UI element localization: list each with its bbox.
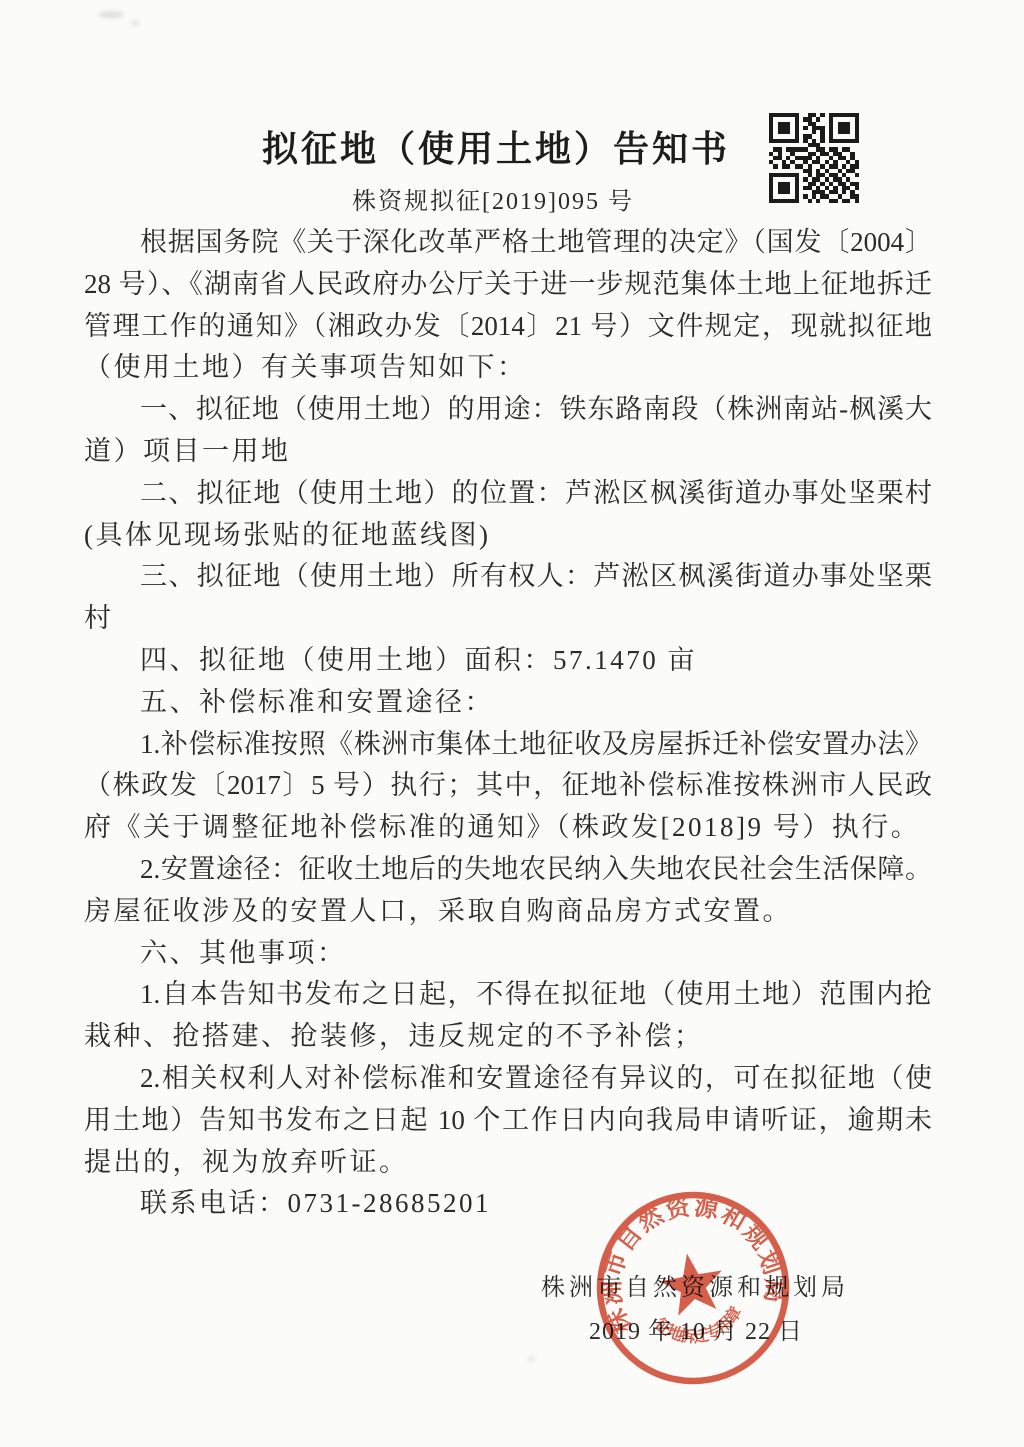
body-line: 六、其他事项： (84, 938, 932, 968)
body-line: 1.自本告知书发布之日起，不得在拟征地（使用土地）范围内抢 (84, 979, 932, 1009)
body-line: 栽种、抢搭建、抢装修，违反规定的不予补偿； (84, 1021, 932, 1051)
body-line: 2.相关权利人对补偿标准和安置途径有异议的，可在拟征地（使 (84, 1063, 932, 1093)
body-line: 四、拟征地（使用土地）面积：57.1470 亩 (84, 645, 932, 675)
body-line: 用土地）告知书发布之日起 10 个工作日内向我局申请听证，逾期未 (84, 1105, 932, 1135)
document-body: 根据国务院《关于深化改革严格土地管理的决定》（国发〔2004〕28 号）、《湖南… (0, 0, 1024, 1447)
body-line: 府《关于调整征地补偿标准的通知》（株政发[2018]9 号）执行。 (84, 812, 932, 842)
body-line: 管理工作的通知》（湘政办发〔2014〕21 号）文件规定，现就拟征地 (84, 311, 932, 341)
body-line: 三、拟征地（使用土地）所有权人：芦淞区枫溪街道办事处坚栗 (84, 561, 932, 591)
seal-graphic: 株洲市自然资源和规划局 征地拆迁专用章 (571, 1166, 814, 1409)
body-line: (具体见现场张贴的征地蓝线图) (84, 520, 932, 550)
body-line: 五、补偿标准和安置途径： (84, 687, 932, 717)
body-line: （株政发〔2017〕5 号）执行；其中，征地补偿标准按株洲市人民政 (84, 770, 932, 800)
body-line: 一、拟征地（使用土地）的用途：铁东路南段（株洲南站-枫溪大 (84, 394, 932, 424)
body-line: 二、拟征地（使用土地）的位置：芦淞区枫溪街道办事处坚栗村 (84, 478, 932, 508)
svg-text:征地拆迁专用章: 征地拆迁专用章 (649, 1300, 750, 1354)
body-line: 根据国务院《关于深化改革严格土地管理的决定》（国发〔2004〕 (84, 227, 932, 257)
body-line: （使用土地）有关事项告知如下： (84, 352, 932, 382)
body-line: 联系电话：0731-28685201 (84, 1188, 932, 1218)
body-line: 村 (84, 603, 932, 633)
body-line: 28 号）、《湖南省人民政府办公厅关于进一步规范集体土地上征地拆迁 (84, 269, 932, 299)
body-line: 1.补偿标准按照《株洲市集体土地征收及房屋拆迁补偿安置办法》 (84, 729, 932, 759)
body-line: 提出的，视为放弃听证。 (84, 1147, 932, 1177)
seal-banner-text: 征地拆迁专用章 (649, 1300, 750, 1354)
seal-star-icon (656, 1248, 728, 1318)
body-line: 道）项目一用地 (84, 436, 932, 466)
body-line: 房屋征收涉及的安置人口，采取自购商品房方式安置。 (84, 896, 932, 926)
body-line: 2.安置途径：征收土地后的失地农民纳入失地农民社会生活保障。 (84, 854, 932, 884)
document-page: 拟征地（使用土地）告知书 株资规拟征[2019]095 号 根据国务院《关于深化… (0, 0, 1024, 1447)
official-seal: 株洲市自然资源和规划局 征地拆迁专用章 (571, 1166, 814, 1409)
